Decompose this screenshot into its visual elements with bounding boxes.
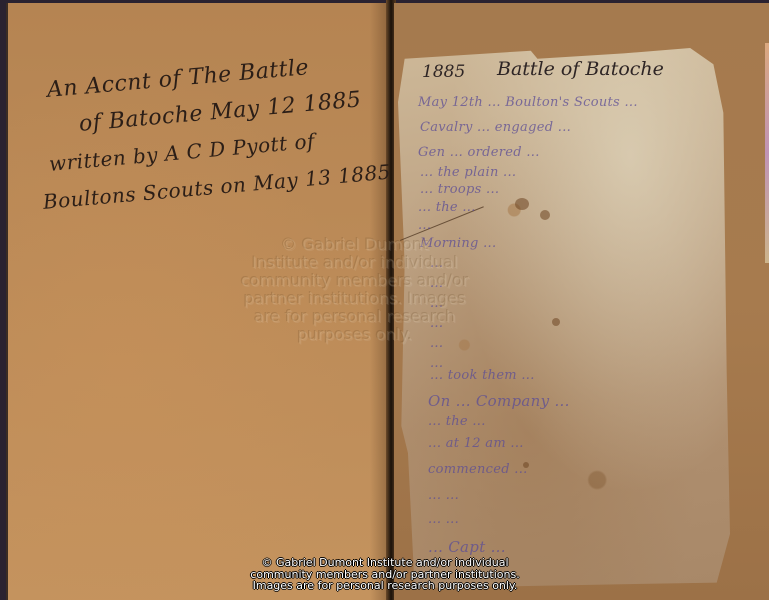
handwritten-line: ... at 12 am ... <box>428 436 524 451</box>
copyright-line: Images are for personal research purpose… <box>235 580 535 592</box>
sheet-heading-year: 1885 <box>422 62 465 82</box>
handwritten-line: ... <box>430 316 443 331</box>
handwritten-line: On ... Company ... <box>428 392 570 410</box>
copyright-notice: © Gabriel Dumont Institute and/or indivi… <box>235 557 535 592</box>
handwritten-line: Morning ... <box>420 236 496 251</box>
document-scan: An Accnt of The Battle of Batoche May 12… <box>0 0 769 600</box>
copyright-line: © Gabriel Dumont Institute and/or indivi… <box>235 557 535 569</box>
handwritten-line: ... Capt ... <box>428 538 506 556</box>
handwritten-line: ... <box>430 336 443 351</box>
handwritten-line: ... <box>430 296 443 311</box>
handwritten-line: ... the ... <box>418 200 476 215</box>
handwritten-line: ... took them ... <box>430 368 535 383</box>
stain-spot <box>540 210 550 220</box>
handwritten-line: commenced ... <box>428 462 528 477</box>
handwritten-line: ... <box>430 256 443 271</box>
handwritten-line: ... troops ... <box>420 182 499 197</box>
handwritten-line: ... <box>418 218 431 233</box>
sheet-heading-title: Battle of Batoche <box>497 58 664 80</box>
handwritten-line: May 12th ... Boulton's Scouts ... <box>418 95 638 110</box>
handwritten-line: ... ... <box>428 512 459 527</box>
handwritten-line: ... the plain ... <box>420 165 516 180</box>
page-edge-highlight <box>765 43 769 263</box>
handwritten-line: ... the ... <box>428 414 486 429</box>
handwritten-line: Gen ... ordered ... <box>418 145 540 160</box>
handwritten-line: ... ... <box>428 488 459 503</box>
handwritten-line: ... <box>430 276 443 291</box>
handwritten-line: Cavalry ... engaged ... <box>420 120 571 135</box>
stain-spot <box>515 198 529 210</box>
stain-spot <box>552 318 560 326</box>
